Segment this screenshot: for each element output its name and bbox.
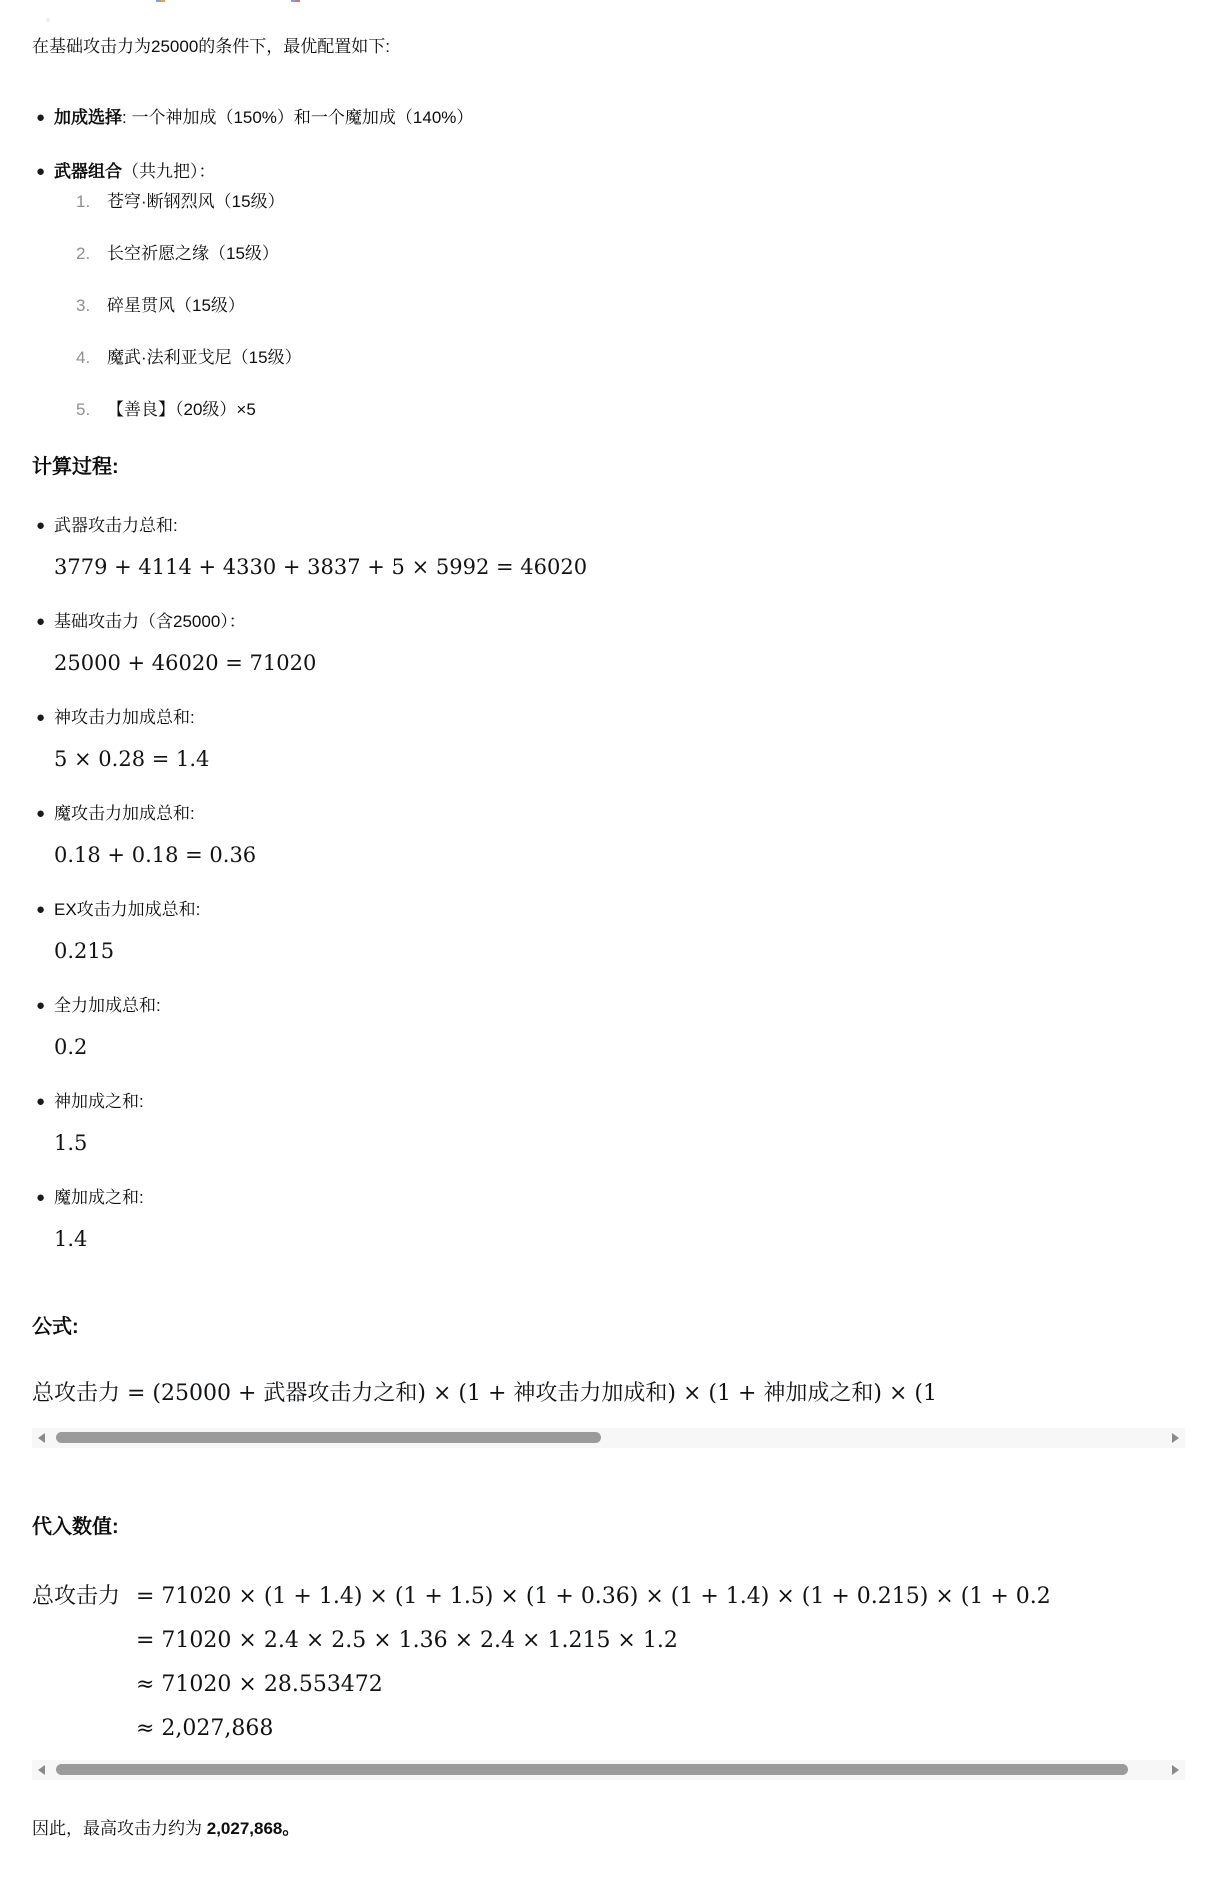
item-number: 2. (76, 240, 90, 268)
item-number: 3. (76, 292, 90, 320)
calc-label: 神攻击力加成总和: (54, 704, 1185, 732)
math-body: ≈ 2,027,868 (136, 1714, 273, 1744)
math-line: ≈ 2,027,868 (32, 1714, 1185, 1744)
weapon-item: 5.【善良】（20级）×5 (54, 396, 1185, 424)
calc-formula: 1.4 (54, 1224, 1185, 1254)
section-heading-calc: 计算过程: (32, 452, 1185, 482)
scroll-left-arrow-icon[interactable] (38, 1433, 45, 1443)
bullet-marker: ● (36, 1184, 45, 1212)
calc-formula: 0.215 (54, 936, 1185, 966)
calc-item: ● 武器攻击力总和: 3779 + 4114 + 4330 + 3837 + 5… (32, 512, 1185, 582)
config-list: ●加成选择: 一个神加成（150%）和一个魔加成（140%） ●武器组合（共九把… (32, 104, 1185, 424)
scrollbar-thumb[interactable] (56, 1764, 1128, 1775)
math-lhs (32, 1626, 136, 1656)
weapon-name: 长空祈愿之缘（15级） (107, 244, 279, 263)
calc-list: ● 武器攻击力总和: 3779 + 4114 + 4330 + 3837 + 5… (32, 512, 1185, 1254)
bullet-marker: ● (36, 512, 45, 540)
weapon-item: 1.苍穹·断钢烈风（15级） (54, 188, 1185, 216)
weapon-name: 魔武·法利亚戈尼（15级） (107, 348, 302, 367)
math-lhs (32, 1714, 136, 1744)
calc-formula: 0.18 + 0.18 = 0.36 (54, 840, 1185, 870)
calc-item: ● 基础攻击力（含25000）： 25000 + 46020 = 71020 (32, 608, 1185, 678)
math-line: ≈ 71020 × 28.553472 (32, 1670, 1185, 1700)
weapon-item: 2.长空祈愿之缘（15级） (54, 240, 1185, 268)
horizontal-scrollbar[interactable] (32, 1760, 1185, 1780)
calc-label: 魔加成之和: (54, 1184, 1185, 1212)
weapon-name: 苍穹·断钢烈风（15级） (107, 192, 285, 211)
chat-message: 在基础攻击力为25000的条件下，最优配置如下: ●加成选择: 一个神加成（15… (0, 0, 1217, 1856)
scroll-right-arrow-icon[interactable] (1172, 1765, 1179, 1775)
math-lhs (32, 1670, 136, 1700)
calc-item: ● 全力加成总和: 0.2 (32, 992, 1185, 1062)
bullet-marker: ● (36, 992, 45, 1020)
calc-label: 基础攻击力（含25000）： (54, 608, 1185, 636)
conclusion-text: 因此，最高攻击力约为 (32, 1819, 207, 1838)
calc-label: 魔攻击力加成总和: (54, 800, 1185, 828)
math-line: 总攻击力= 71020 × (1 + 1.4) × (1 + 1.5) × (1… (32, 1582, 1185, 1612)
bonus-text: : 一个神加成（150%）和一个魔加成（140%） (122, 108, 473, 127)
bullet-marker: ● (36, 104, 45, 132)
calc-item: ● 魔加成之和: 1.4 (32, 1184, 1185, 1254)
bullet-marker: ● (36, 800, 45, 828)
formula-display: 总攻击力 = (25000 + 武器攻击力之和) × (1 + 神攻击力加成和)… (32, 1376, 1185, 1412)
weapon-item: 4.魔武·法利亚戈尼（15级） (54, 344, 1185, 372)
intro-paragraph: 在基础攻击力为25000的条件下，最优配置如下: (32, 34, 1185, 60)
bullet-marker: ● (36, 1088, 45, 1116)
math-line: = 71020 × 2.4 × 2.5 × 1.36 × 2.4 × 1.215… (32, 1626, 1185, 1656)
faint-dot (46, 18, 50, 22)
calc-formula: 25000 + 46020 = 71020 (54, 648, 1185, 678)
weapon-name: 【善良】（20级）×5 (107, 400, 256, 419)
clipped-content-fragment (291, 0, 300, 2)
conclusion-value: 2,027,868。 (207, 1819, 300, 1838)
math-body: ≈ 71020 × 28.553472 (136, 1670, 383, 1700)
section-heading-subst: 代入数值: (32, 1512, 1185, 1542)
bullet-marker: ● (36, 896, 45, 924)
weapon-text: （共九把）： (122, 162, 216, 181)
calc-item: ● 神攻击力加成总和: 5 × 0.28 = 1.4 (32, 704, 1185, 774)
clipped-content-fragment (156, 0, 165, 2)
horizontal-scrollbar[interactable] (32, 1428, 1185, 1448)
scrollbar-thumb[interactable] (56, 1432, 601, 1443)
section-heading-formula: 公式: (32, 1312, 1185, 1342)
bonus-label: 加成选择 (54, 108, 122, 127)
calc-item: ● 魔攻击力加成总和: 0.18 + 0.18 = 0.36 (32, 800, 1185, 870)
math-lhs: 总攻击力 (32, 1582, 136, 1612)
weapon-item: 3.碎星贯风（15级） (54, 292, 1185, 320)
conclusion-paragraph: 因此，最高攻击力约为 2,027,868。 (32, 1816, 1185, 1842)
calc-label: 全力加成总和: (54, 992, 1185, 1020)
item-number: 1. (76, 188, 90, 216)
item-number: 5. (76, 396, 90, 424)
list-item-weapons: ●武器组合（共九把）： 1.苍穹·断钢烈风（15级） 2.长空祈愿之缘（15级）… (32, 158, 1185, 424)
weapon-name: 碎星贯风（15级） (107, 296, 245, 315)
weapon-label: 武器组合 (54, 162, 122, 181)
scroll-right-arrow-icon[interactable] (1172, 1433, 1179, 1443)
calc-formula: 0.2 (54, 1032, 1185, 1062)
bullet-marker: ● (36, 158, 45, 186)
calc-label: 神加成之和: (54, 1088, 1185, 1116)
math-body: = 71020 × 2.4 × 2.5 × 1.36 × 2.4 × 1.215… (136, 1626, 678, 1656)
item-number: 4. (76, 344, 90, 372)
substitution-block: 总攻击力= 71020 × (1 + 1.4) × (1 + 1.5) × (1… (32, 1582, 1185, 1744)
weapon-list: 1.苍穹·断钢烈风（15级） 2.长空祈愿之缘（15级） 3.碎星贯风（15级）… (54, 188, 1185, 424)
list-item-bonus: ●加成选择: 一个神加成（150%）和一个魔加成（140%） (32, 104, 1185, 132)
scroll-left-arrow-icon[interactable] (38, 1765, 45, 1775)
calc-formula: 3779 + 4114 + 4330 + 3837 + 5 × 5992 = 4… (54, 552, 1185, 582)
calc-label: 武器攻击力总和: (54, 512, 1185, 540)
calc-formula: 1.5 (54, 1128, 1185, 1158)
bullet-marker: ● (36, 704, 45, 732)
math-body: = 71020 × (1 + 1.4) × (1 + 1.5) × (1 + 0… (136, 1582, 1051, 1612)
calc-item: ● 神加成之和: 1.5 (32, 1088, 1185, 1158)
bullet-marker: ● (36, 608, 45, 636)
calc-formula: 5 × 0.28 = 1.4 (54, 744, 1185, 774)
calc-label: EX攻击力加成总和: (54, 896, 1185, 924)
calc-item: ● EX攻击力加成总和: 0.215 (32, 896, 1185, 966)
